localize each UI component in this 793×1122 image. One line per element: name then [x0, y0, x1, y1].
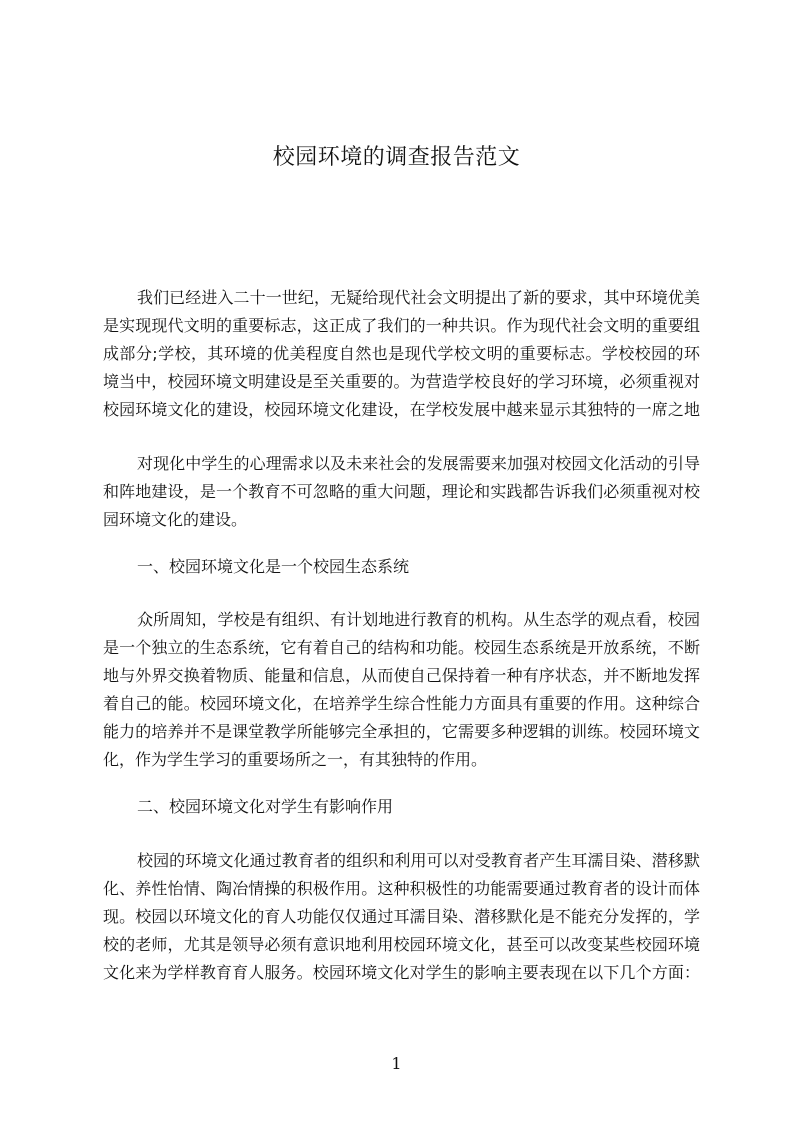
document-title: 校园环境的调查报告范文: [0, 140, 793, 171]
paragraph-1-line-3: 成部分;学校，其环境的优美程度自然也是现代学校文明的重要标志。学校校园的环: [103, 343, 700, 365]
paragraph-3-line-4: 着自己的能。校园环境文化，在培养学生综合性能力方面具有重要的作用。这种综合: [103, 693, 700, 715]
paragraph-1-line-2: 是实现现代文明的重要标志，这正成了我们的一种共识。作为现代社会文明的重要组: [103, 315, 700, 337]
paragraph-4-line-1: 校园的环境文化通过教育者的组织和利用可以对受教育者产生耳濡目染、潜移默: [137, 850, 700, 872]
section-heading-1: 一、校园环境文化是一个校园生态系统: [137, 556, 409, 578]
paragraph-4-line-3: 现。校园以环境文化的育人功能仅仅通过耳濡目染、潜移默化是不能充分发挥的，学: [103, 906, 700, 928]
paragraph-1-line-1: 我们已经进入二十一世纪，无疑给现代社会文明提出了新的要求，其中环境优美: [137, 287, 700, 309]
paragraph-3-line-3: 地与外界交换着物质、能量和信息，从而使自己保持着一种有序状态，并不断地发挥: [103, 665, 700, 687]
paragraph-1-line-4: 境当中，校园环境文明建设是至关重要的。为营造学校良好的学习环境，必须重视对: [103, 371, 700, 393]
paragraph-2-line-1: 对现化中学生的心理需求以及未来社会的发展需要来加强对校园文化活动的引导: [137, 453, 700, 475]
paragraph-4-line-2: 化、养性怡情、陶冶情操的积极作用。这种积极性的功能需要通过教育者的设计而体: [103, 878, 700, 900]
paragraph-2-line-2: 和阵地建设，是一个教育不可忽略的重大问题，理论和实践都告诉我们必须重视对校: [103, 481, 700, 503]
paragraph-4-line-5: 文化来为学样教育育人服务。校园环境文化对学生的影响主要表现在以下几个方面：: [103, 962, 700, 984]
paragraph-3-line-1: 众所周知，学校是有组织、有计划地进行教育的机构。从生态学的观点看，校园: [137, 609, 700, 631]
section-heading-2: 二、校园环境文化对学生有影响作用: [137, 796, 393, 818]
paragraph-3-line-6: 化，作为学生学习的重要场所之一，有其独特的作用。: [103, 749, 700, 771]
paragraph-2-line-3: 园环境文化的建设。: [103, 509, 700, 531]
page-number: 1: [0, 1054, 793, 1073]
paragraph-4-line-4: 校的老师，尤其是领导必须有意识地利用校园环境文化，甚至可以改变某些校园环境: [103, 934, 700, 956]
paragraph-1-line-5: 校园环境文化的建设，校园环境文化建设，在学校发展中越来显示其独特的一席之地: [103, 399, 700, 421]
paragraph-3-line-2: 是一个独立的生态系统，它有着自己的结构和功能。校园生态系统是开放系统，不断: [103, 637, 700, 659]
paragraph-3-line-5: 能力的培养并不是课堂教学所能够完全承担的，它需要多种逻辑的训练。校园环境文: [103, 721, 700, 743]
